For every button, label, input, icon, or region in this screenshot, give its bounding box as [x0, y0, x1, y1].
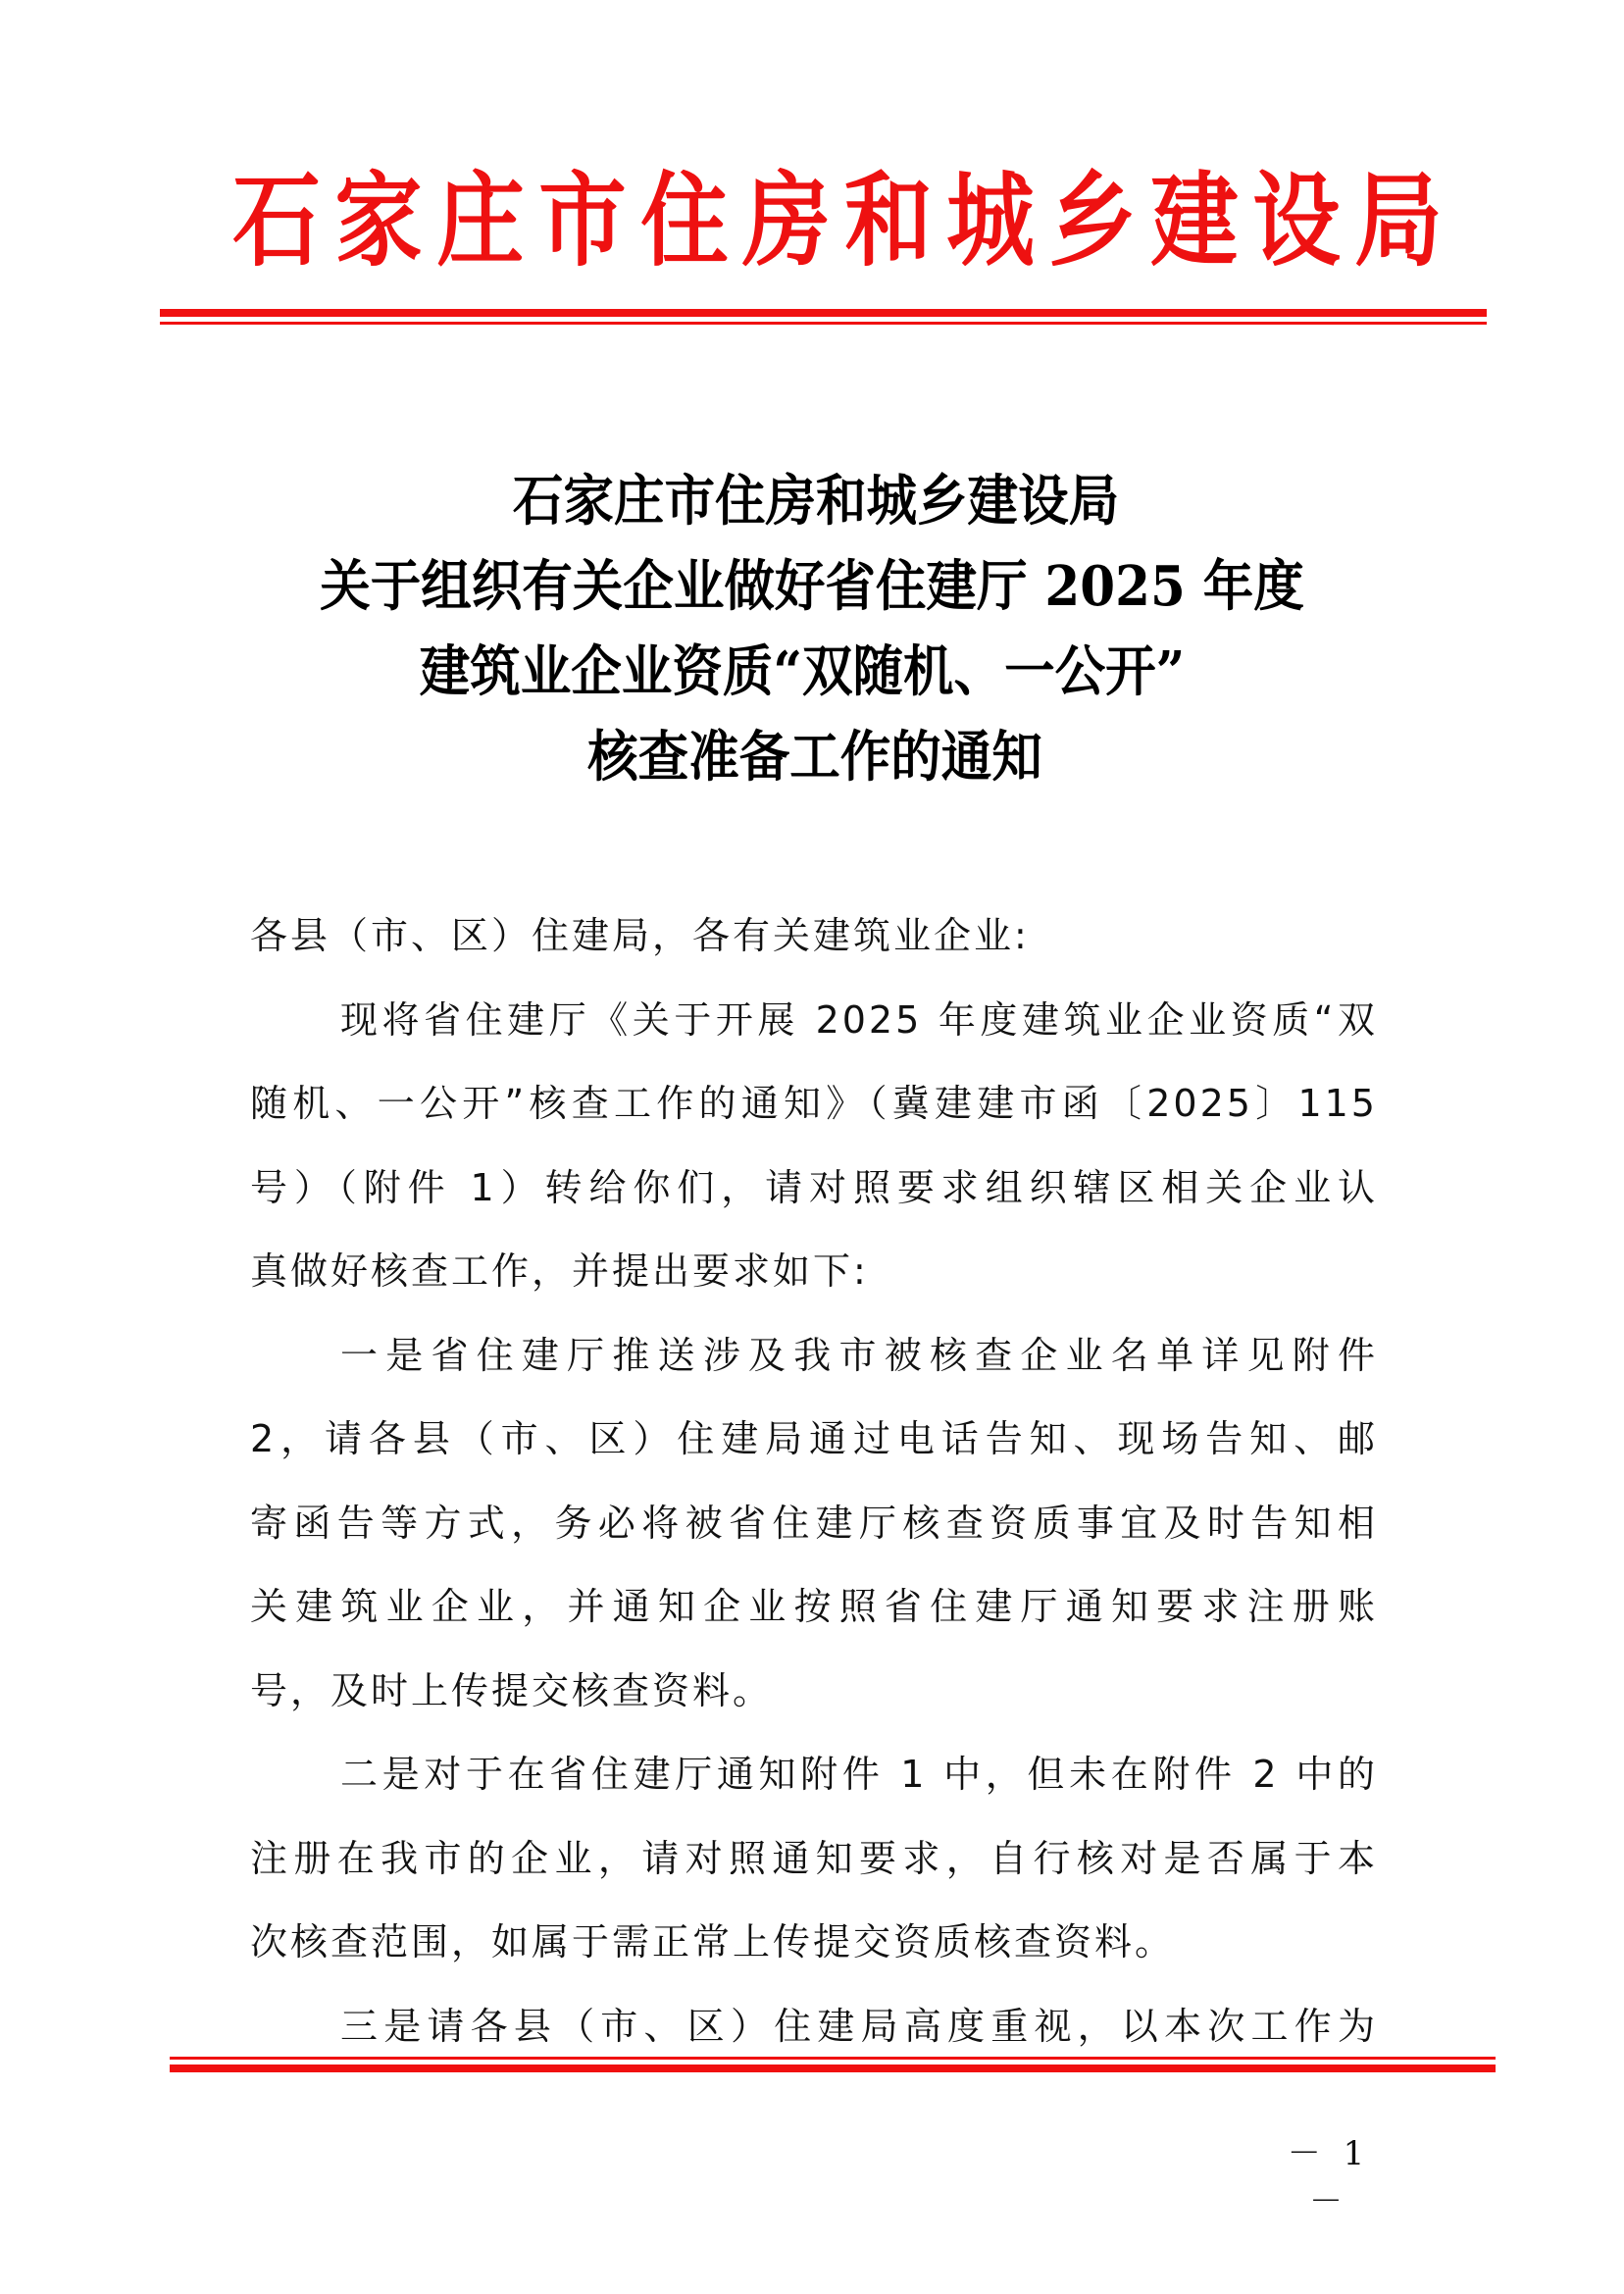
footer-rule-thin [170, 2057, 1496, 2060]
letterhead-char: 建 [1150, 157, 1238, 284]
footer-rule-thick [170, 2065, 1496, 2072]
body-line: 一是省住建厅推送涉及我市被核查企业名单详见附件 [250, 1314, 1378, 1399]
paragraph-intro: 现将省住建厅《关于开展 2025 年度建筑业企业资质“双 随机、一公开”核查工作… [250, 979, 1378, 1314]
body-line: 注册在我市的企业，请对照通知要求，自行核对是否属于本 [250, 1817, 1378, 1902]
letterhead-char: 庄 [436, 157, 524, 284]
title-line: 建筑业企业资质“双随机、一公开” [55, 630, 1549, 715]
paragraph-item-1: 一是省住建厅推送涉及我市被核查企业名单详见附件 2，请各县（市、区）住建局通过电… [250, 1314, 1378, 1734]
letterhead-char: 设 [1252, 157, 1340, 284]
page-number: － 1 － [1275, 2126, 1383, 2222]
letterhead-char: 和 [844, 157, 932, 284]
body-line: 2，请各县（市、区）住建局通过电话告知、现场告知、邮 [250, 1398, 1378, 1482]
letterhead-char: 乡 [1048, 157, 1136, 284]
letterhead-rule-thin [160, 322, 1487, 325]
paragraph-item-2: 二是对于在省住建厅通知附件 1 中，但未在附件 2 中的 注册在我市的企业，请对… [250, 1733, 1378, 1985]
document-page: 石 家 庄 市 住 房 和 城 乡 建 设 局 石家庄市住房和城乡建设局 关于组… [0, 0, 1624, 2294]
letterhead-char: 局 [1354, 157, 1442, 284]
letterhead-char: 市 [538, 157, 626, 284]
letterhead-rule-thick [160, 309, 1487, 317]
letterhead-char: 家 [334, 157, 422, 284]
body-line: 随机、一公开”核查工作的通知》（冀建建市函〔2025〕115 [250, 1062, 1378, 1147]
letterhead-org-name: 石 家 庄 市 住 房 和 城 乡 建 设 局 [226, 157, 1427, 284]
body-line: 现将省住建厅《关于开展 2025 年度建筑业企业资质“双 [250, 979, 1378, 1063]
title-line: 石家庄市住房和城乡建设局 [69, 459, 1563, 544]
title-line: 核查准备工作的通知 [68, 715, 1562, 800]
letterhead-char: 石 [232, 157, 320, 284]
body-line: 真做好核查工作，并提出要求如下: [250, 1230, 1378, 1314]
document-body: 各县（市、区）住建局，各有关建筑业企业: 现将省住建厅《关于开展 2025 年度… [250, 894, 1378, 2068]
body-line: 二是对于在省住建厅通知附件 1 中，但未在附件 2 中的 [250, 1733, 1378, 1817]
body-line: 次核查范围，如属于需正常上传提交资质核查资料。 [250, 1901, 1378, 1985]
body-line: 号）（附件 1）转给你们，请对照要求组织辖区相关企业认 [250, 1147, 1378, 1231]
body-line: 号，及时上传提交核查资料。 [250, 1650, 1378, 1734]
salutation: 各县（市、区）住建局，各有关建筑业企业: [250, 894, 1378, 979]
letterhead-char: 住 [640, 157, 728, 284]
document-title: 石家庄市住房和城乡建设局 关于组织有关企业做好省住建厅 2025 年度 建筑业企… [0, 459, 1624, 800]
letterhead-char: 房 [742, 157, 830, 284]
letterhead-char: 城 [946, 157, 1034, 284]
title-line: 关于组织有关企业做好省住建厅 2025 年度 [65, 544, 1559, 630]
body-line: 关建筑业企业，并通知企业按照省住建厅通知要求注册账 [250, 1565, 1378, 1650]
body-line: 寄函告等方式，务必将被省住建厅核查资质事宜及时告知相 [250, 1482, 1378, 1566]
